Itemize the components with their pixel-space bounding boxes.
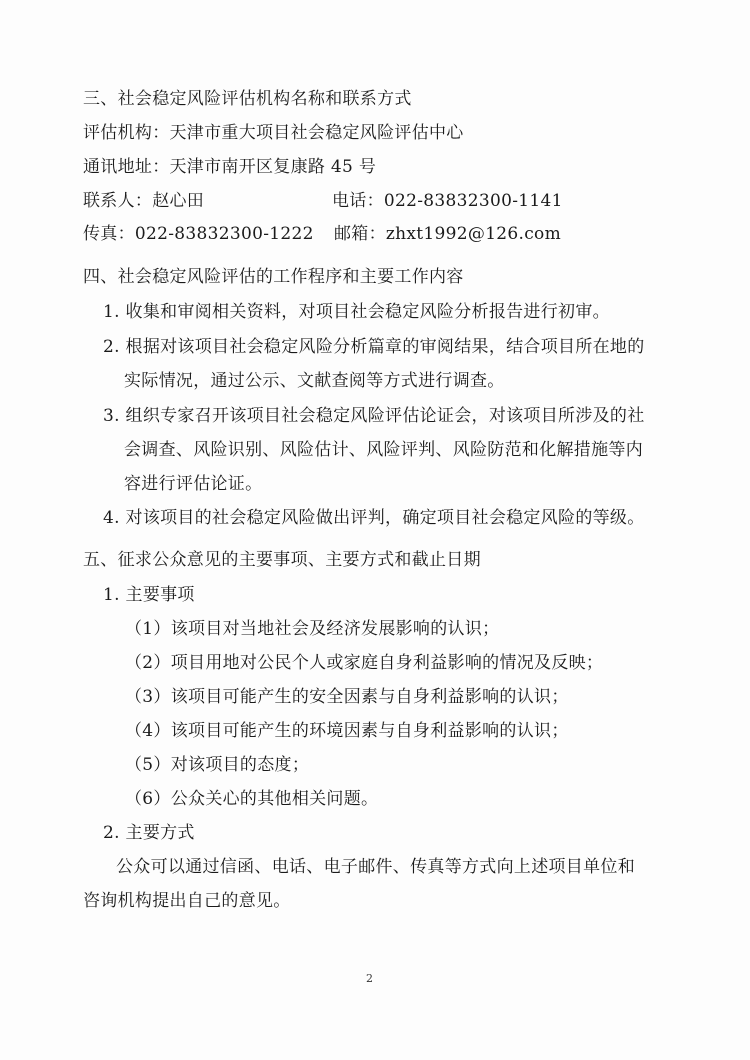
- section5-sub-1: 1. 主要事项: [103, 584, 195, 606]
- section4-heading: 四、社会稳定风险评估的工作程序和主要工作内容: [83, 266, 464, 288]
- section4-item-3-cont2: 容进行评估论证。: [124, 473, 262, 495]
- point-3: （3）该项目可能产生的安全因素与自身利益影响的认识；: [125, 686, 569, 708]
- point-4: （4）该项目可能产生的环境因素与自身利益影响的认识；: [125, 720, 569, 742]
- point-5: （5）对该项目的态度；: [125, 754, 309, 776]
- contact-person: 联系人：赵心田: [83, 190, 204, 212]
- point-1: （1）该项目对当地社会及经济发展影响的认识；: [125, 618, 499, 640]
- methods-paragraph: 公众可以通过信函、电话、电子邮件、传真等方式向上述项目单位和: [116, 856, 635, 878]
- section4-item-2-cont: 实际情况，通过公示、文献查阅等方式进行调查。: [124, 370, 505, 392]
- address-line: 通讯地址：天津市南开区复康路 45 号: [83, 156, 376, 178]
- point-2: （2）项目用地对公民个人或家庭自身利益影响的情况及反映；: [125, 652, 603, 674]
- point-6: （6）公众关心的其他相关问题。: [125, 788, 378, 810]
- section4-item-3: 3. 组织专家召开该项目社会稳定风险评估论证会，对该项目所涉及的社: [103, 405, 645, 427]
- section4-item-3-cont1: 会调查、风险识别、风险估计、风险评判、风险防范和化解措施等内: [124, 439, 643, 461]
- email-line: 邮箱：zhxt1992@126.com: [334, 223, 561, 245]
- agency-line: 评估机构：天津市重大项目社会稳定风险评估中心: [83, 122, 464, 144]
- fax-line: 传真：022-83832300-1222: [83, 223, 314, 245]
- section5-heading: 五、征求公众意见的主要事项、主要方式和截止日期: [83, 549, 481, 571]
- page-number: 2: [366, 972, 373, 985]
- section4-item-1: 1. 收集和审阅相关资料，对项目社会稳定风险分析报告进行初审。: [103, 301, 610, 323]
- section5-sub-2: 2. 主要方式: [103, 822, 195, 844]
- phone-line: 电话：022-83832300-1141: [332, 190, 563, 212]
- methods-paragraph-cont: 咨询机构提出自己的意见。: [83, 890, 291, 912]
- section3-heading: 三、社会稳定风险评估机构名称和联系方式: [83, 88, 412, 110]
- section4-item-4: 4. 对该项目的社会稳定风险做出评判，确定项目社会稳定风险的等级。: [103, 507, 645, 529]
- section4-item-2: 2. 根据对该项目社会稳定风险分析篇章的审阅结果，结合项目所在地的: [103, 336, 645, 358]
